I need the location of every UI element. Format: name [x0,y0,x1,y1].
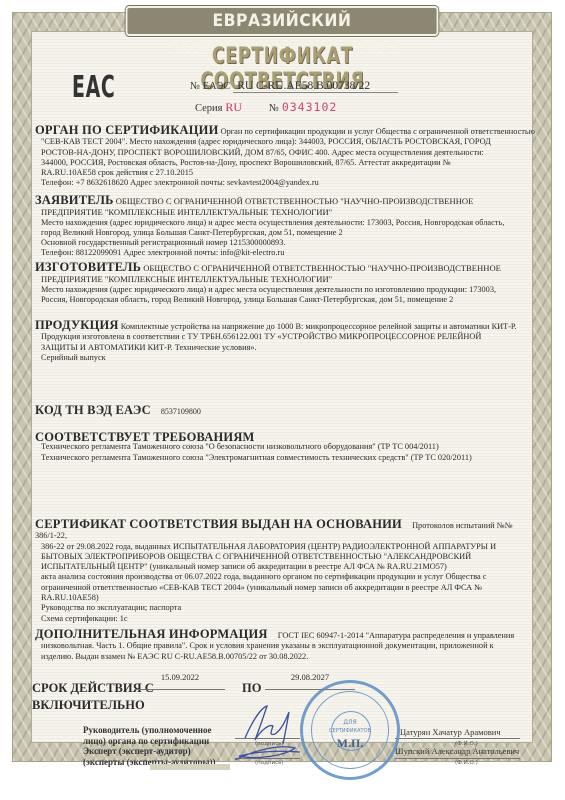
section-heading: ОРГАН ПО СЕРТИФИКАЦИИ [35,123,219,137]
section-text: 386-22 от 29.08.2022 года, выданных ИСПЫ… [35,542,535,552]
section-heading: ДОПОЛНИТЕЛЬНАЯ ИНФОРМАЦИЯ [35,627,268,641]
section-text: ОБЩЕСТВО С ОГРАНИЧЕННОЙ ОТВЕТСТВЕННОСТЬЮ… [116,196,474,206]
expert-signer-name: Шупский Александр Анатольевич [395,746,519,756]
section-text: Серийный выпуск [35,353,535,363]
head-name-line [395,738,520,739]
section-tn-ved: КОД ТН ВЭД ЕАЭС 8537109800 [35,405,535,417]
section-additional-info: ДОПОЛНИТЕЛЬНАЯ ИНФОРМАЦИЯ ГОСТ IEC 60947… [35,629,535,662]
section-text: Орган по сертификации продукции и услуг … [221,127,535,136]
section-text: РОСТОВ-НА-ДОНУ, ПРОСПЕКТ ВОРОШИЛОВСКИЙ, … [35,148,535,158]
head-label-line: Руководитель (уполномоченное [83,725,211,735]
section-text: ОБЩЕСТВО С ОГРАНИЧЕННОЙ ОТВЕТСТВЕННОСТЬЮ… [143,263,501,273]
section-manufacturer: ИЗГОТОВИТЕЛЬ ОБЩЕСТВО С ОГРАНИЧЕННОЙ ОТВ… [35,262,535,305]
section-certification-body: ОРГАН ПО СЕРТИФИКАЦИИ Орган по сертифика… [35,125,535,189]
section-text: БЫТОВЫХ ЭЛЕКТРОПРИБОРОВ ОБЩЕСТВА С ОГРАН… [35,552,535,562]
section-text: Место нахождения (адрес юридического лиц… [35,285,535,295]
section-text: 344000, РОССИЯ, Ростовская область, Рост… [35,158,535,168]
number-value: RU С-RU.АЕ58.В.00738/22 [233,80,398,93]
head-signer-name: Цатурян Хачатур Арамович [400,727,501,737]
section-product: ПРОДУКЦИЯ Комплектные устройства на напр… [35,320,535,363]
section-text: Телефон: 88122099091 Адрес электронной п… [35,248,535,258]
section-text: Технического регламента Таможенного союз… [35,442,535,452]
section-text: RA.RU.10АЕ58 срок действия с 27.10.2015 [35,168,535,178]
section-text: ИСПЫТАТЕЛЬНЫЙ ЦЕНТР" (уникальный номер з… [35,562,535,572]
head-signer-label: Руководитель (уполномоченное лицо) орган… [83,725,211,747]
series-row: Серия RU № 0343102 [195,100,337,115]
head-label-line: лицо) органа по сертификации [83,736,209,746]
section-text: Схема сертификации: 1с [35,614,535,624]
section-text: ограниченной ответственностью «СЕВ-КАВ Т… [35,583,535,593]
section-heading: СООТВЕТСТВУЕТ ТРЕБОВАНИЯМ [35,432,535,442]
printer-imprint [150,764,230,770]
section-text: изделию. Выдан взамен № ЕАЭС RU С-RU.АЕ5… [35,652,535,662]
tn-ved-code: 8537109800 [161,407,201,416]
section-text: Технического регламента Таможенного союз… [35,453,535,463]
eac-logo-icon: ЕАС [72,70,115,105]
series-label: Серия [195,103,223,114]
validity-inclusive-label: ВКЛЮЧИТЕЛЬНО [32,698,145,713]
section-heading: ЗАЯВИТЕЛЬ [35,193,114,207]
to-date-value: 29.08.2027 [291,672,329,682]
from-date-value: 15.09.2022 [161,672,199,682]
section-heading: СЕРТИФИКАТ СООТВЕТСТВИЯ ВЫДАН НА ОСНОВАН… [35,517,402,531]
expert-label-line: Эксперт (эксперт-аудитор) [83,746,191,756]
section-text: Телефон: +7 8632618620 Адрес электронной… [35,178,535,188]
series-value: RU [225,100,242,114]
stamp-seal-label: М.П. [303,736,397,751]
stamp-certs-label: СЕРТИФИКАТОВ [303,728,397,734]
section-text: низковольтная. Часть 1. Общие правила". … [35,641,535,651]
section-basis: СЕРТИФИКАТ СООТВЕТСТВИЯ ВЫДАН НА ОСНОВАН… [35,519,535,624]
expert-name-caption: (Ф.И.О.) [455,760,478,766]
section-text: город Великий Новгород, улица Большая Са… [35,228,535,238]
section-requirements: СООТВЕТСТВУЕТ ТРЕБОВАНИЯМ Технического р… [35,432,535,463]
section-heading: ПРОДУКЦИЯ [35,318,119,332]
section-text: RA.RU.10АЕ58) [35,593,535,603]
section-heading: КОД ТН ВЭД ЕАЭС [35,403,151,417]
stamp-for-label: ДЛЯ [303,719,397,726]
blank-number-label: № [269,103,279,114]
section-text: ЗАЩИТЫ И АВТОМАТИКИ КИТ-Р. Технические у… [35,343,535,353]
section-text: Россия, Новгородская область, город Вели… [35,295,535,305]
section-text: ПРЕДПРИЯТИЕ "КОМПЛЕКСНЫЕ ИНТЕЛЛЕКТУАЛЬНЫ… [35,207,535,217]
section-text: Место нахождения (адрес юридического лиц… [35,218,535,228]
section-text: Руководства по эксплуатации; паспорта [35,603,535,613]
section-text: акта анализа состояния производства от 0… [35,572,535,582]
blank-number-value: 0343102 [282,100,337,114]
section-applicant: ЗАЯВИТЕЛЬ ОБЩЕСТВО С ОГРАНИЧЕННОЙ ОТВЕТС… [35,195,535,259]
seal-stamp-icon: ДЛЯ СЕРТИФИКАТОВ М.П. [300,680,400,780]
section-text: ГОСТ IEC 60947-1-2014 "Аппаратура распре… [278,631,514,640]
section-text: Продукция изготовлена в соответствии с Т… [35,332,535,342]
number-label: № ЕАЭС [190,81,230,92]
validity-to-label: ПО [242,681,261,696]
section-text: Основной государственный регистрационный… [35,238,535,248]
section-text: ПРЕДПРИЯТИЕ "КОМПЛЕКСНЫЕ ИНТЕЛЛЕКТУАЛЬНЫ… [35,274,535,284]
section-text: "СЕВ-КАВ ТЕСТ 2004". Место нахождения (а… [35,137,535,147]
certificate-number: № ЕАЭС RU С-RU.АЕ58.В.00738/22 [190,80,398,92]
expert-name-line [395,758,520,759]
union-banner: ЕВРАЗИЙСКИЙ ЭКОНОМИЧЕСКИЙ СОЮЗ [126,6,439,36]
section-heading: ИЗГОТОВИТЕЛЬ [35,260,141,274]
section-text: Комплектные устройства на напряжение до … [121,322,517,331]
validity-from-date: 15.09.2022 [135,672,225,690]
